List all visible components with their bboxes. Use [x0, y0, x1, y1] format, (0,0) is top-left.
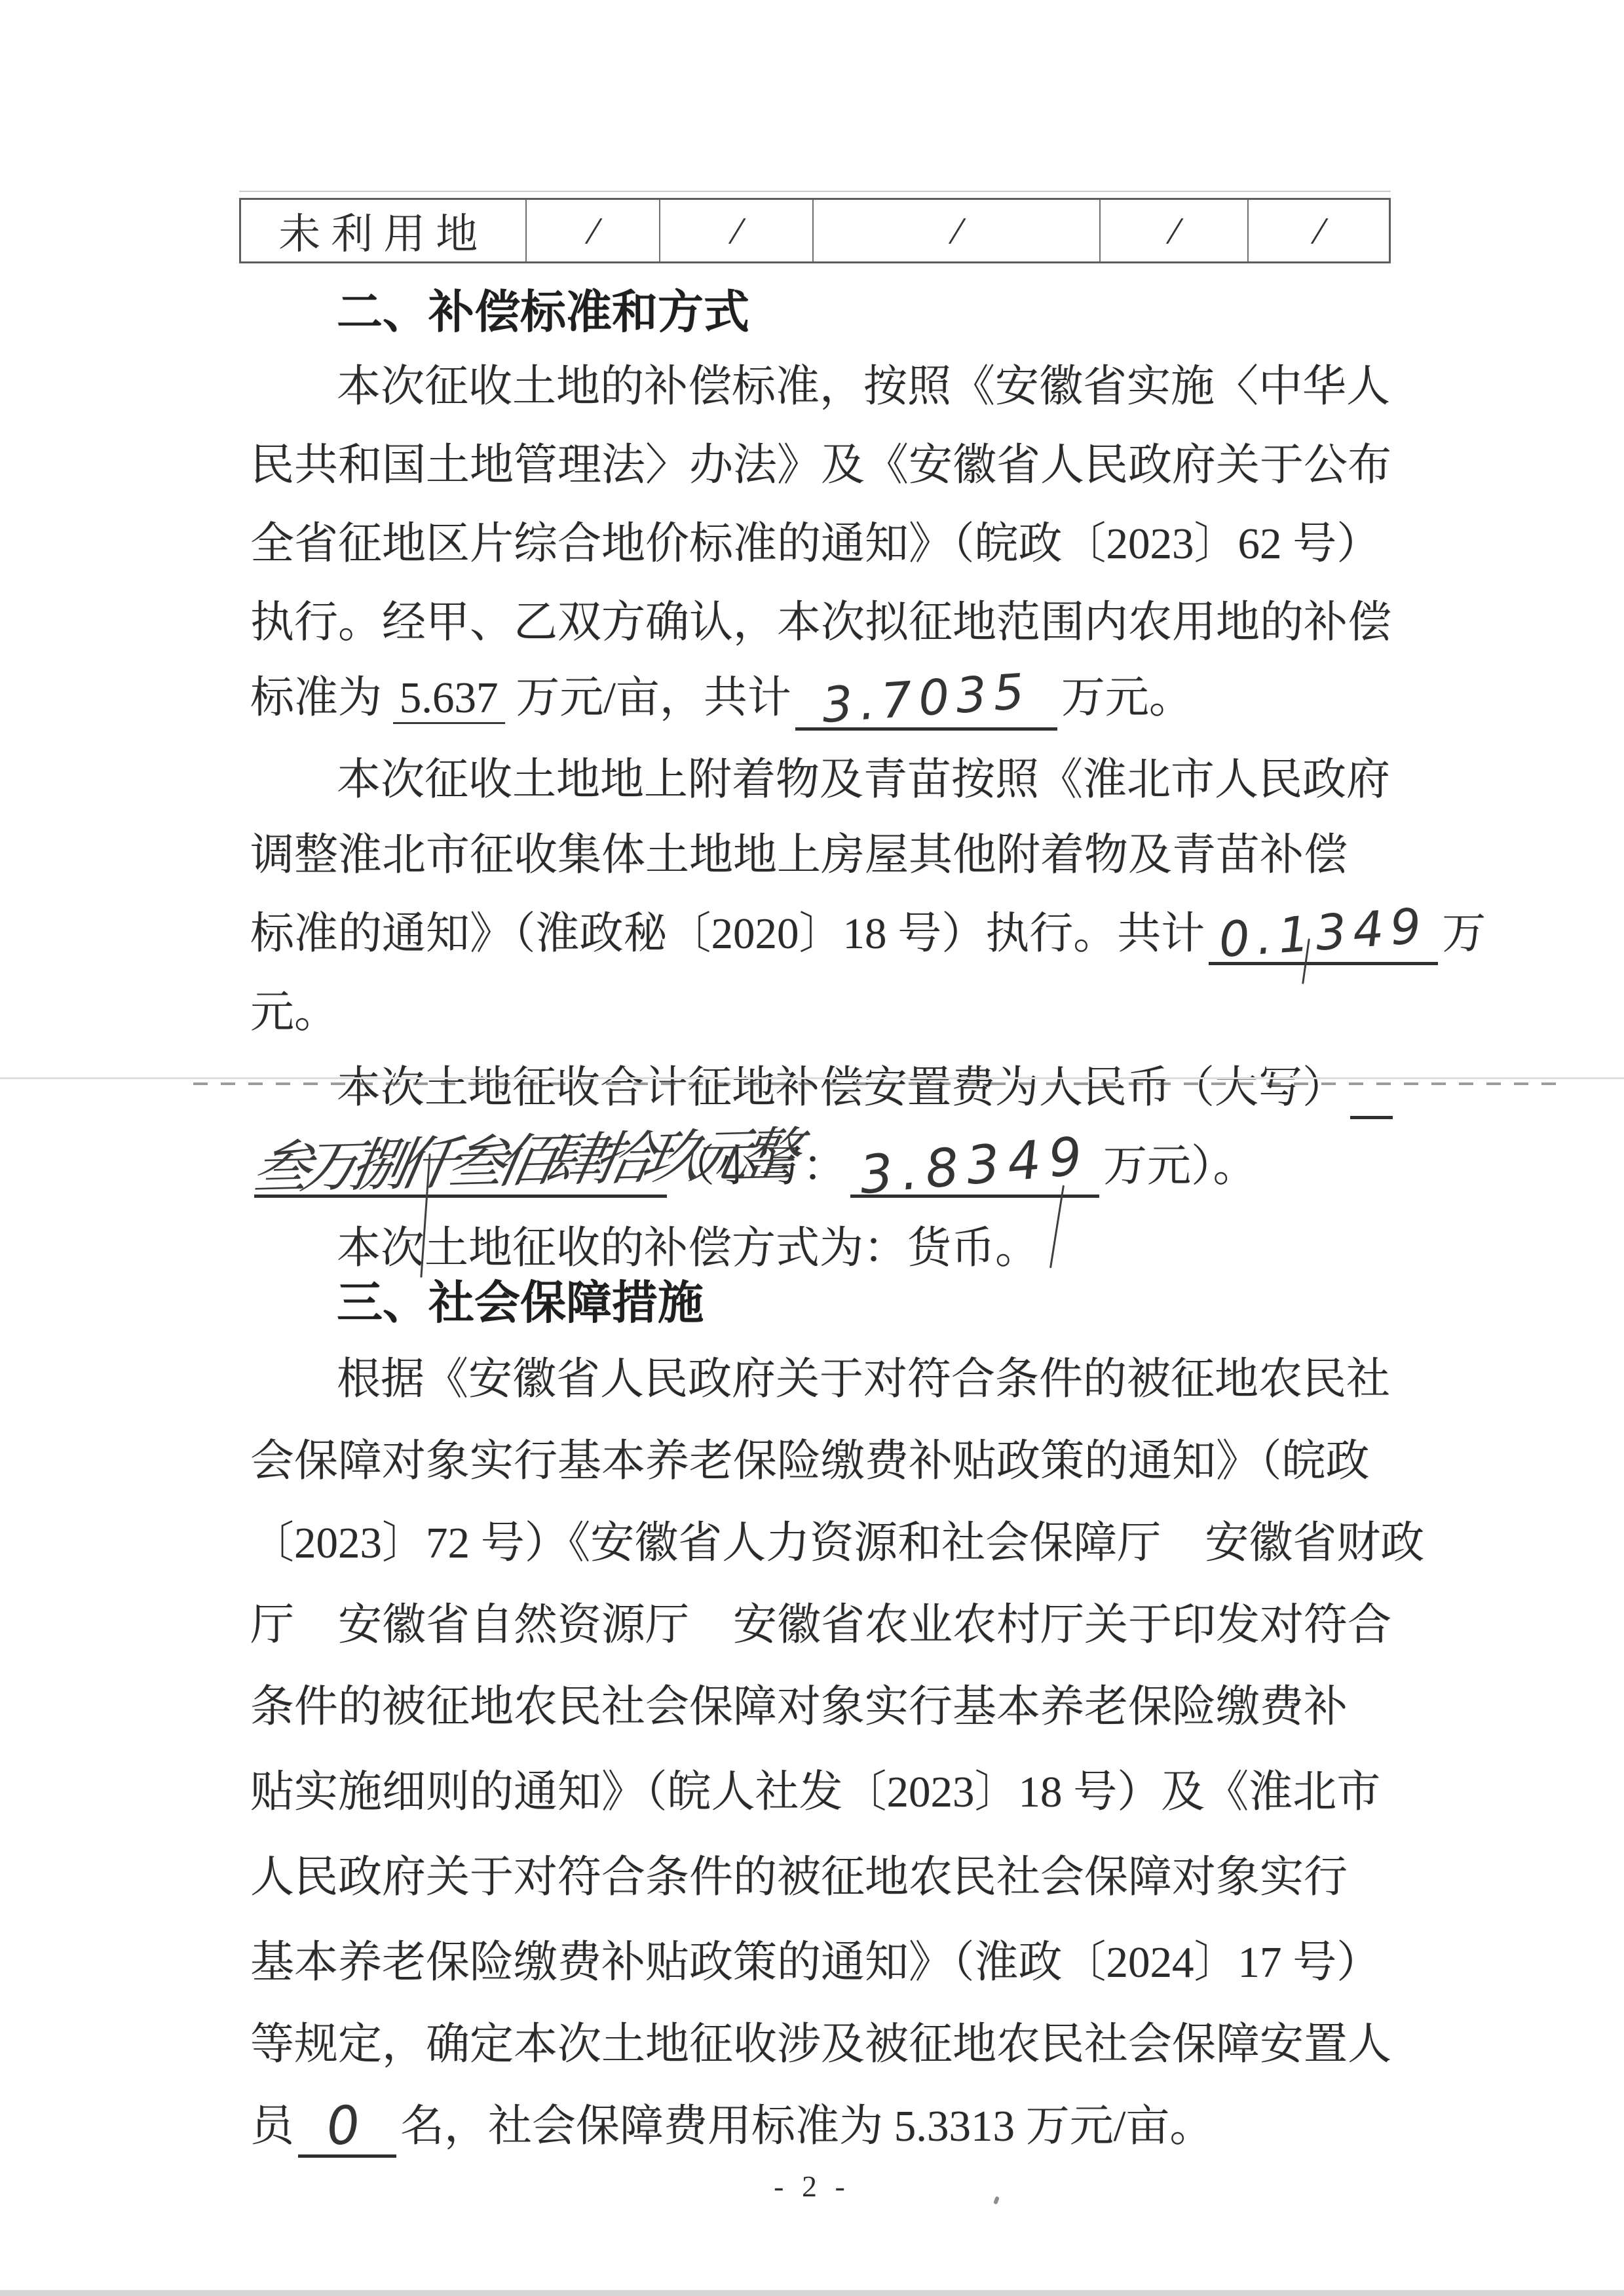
slash-mark: /	[729, 208, 743, 254]
table-cell-value: /	[1247, 200, 1388, 261]
text-run: 执行。经甲、乙双方确认，本次拟征地范围内农用地的补偿	[250, 598, 1391, 647]
text-run: 根据《安徽省人民政府关于对符合条件的被征地农民社	[337, 1355, 1390, 1404]
handwritten-value: 3.8349	[848, 1124, 1102, 1208]
page-number: - 2 -	[0, 2169, 1624, 2204]
doc-line: 元。	[250, 981, 338, 1044]
page-bottom-scan-edge	[0, 2290, 1624, 2296]
text-run: 民共和国土地管理法〉办法》及《安徽省人民政府关于公布	[250, 441, 1391, 489]
doc-line: 执行。经甲、乙双方确认，本次拟征地范围内农用地的补偿	[250, 591, 1391, 654]
text-run: 等规定，确定本次土地征收涉及被征地农民社会保障安置人	[250, 2020, 1391, 2069]
text-run: 万	[1442, 909, 1486, 958]
text-run: 名，社会保障费用标准为 5.3313 万元/亩。	[400, 2102, 1213, 2151]
table-top-scan-shadow	[239, 191, 1391, 192]
text-run: 万元。	[1061, 674, 1193, 722]
handwritten-value: 3.7035	[793, 658, 1059, 739]
doc-line: 标准的通知》（淮政秘〔2020〕18 号）执行。共计0.1349万	[250, 902, 1486, 965]
text-run: 人民政府关于对符合条件的被征地农民社会保障对象实行	[250, 1853, 1348, 1902]
doc-line: 本次土地征收的补偿方式为：货币。	[337, 1217, 1039, 1280]
doc-line: 叁万捌仟叁佰肆拾玖元整（小写：3.8349万元）。	[250, 1135, 1257, 1198]
handwritten-value: 叁万捌仟叁佰肆拾玖元整	[247, 1128, 673, 1201]
table-cell-land-type: 未利用地	[241, 200, 525, 261]
table-cell-value: /	[659, 200, 813, 261]
text-run: 调整淮北市征收集体土地地上房屋其他附着物及青苗补偿	[250, 831, 1348, 879]
handwritten-value: 0.1349	[1207, 894, 1440, 972]
doc-line: 本次征收土地地上附着物及青苗按照《淮北市人民政府	[337, 748, 1390, 811]
doc-line: 标准为 5.637 万元/亩，共计3.7035万元。	[250, 666, 1193, 729]
doc-line: 全省征地区片综合地价标准的通知》（皖政〔2023〕62 号）	[250, 512, 1380, 575]
section-heading: 二、补偿标准和方式	[337, 282, 749, 345]
text-run: 标准为	[250, 674, 393, 722]
doc-line: 本次征收土地的补偿标准，按照《安徽省实施〈中华人	[337, 355, 1390, 418]
slash-mark: /	[1167, 208, 1181, 254]
doc-line: 〔2023〕72 号）《安徽省人力资源和社会保障厅 安徽省财政	[250, 1512, 1424, 1575]
text-run: 员	[250, 2102, 294, 2151]
doc-line: 贴实施细则的通知》（皖人社发〔2023〕18 号）及《淮北市	[250, 1761, 1380, 1824]
text-run: 本次土地征收合计征地补偿安置费为人民币（大写）	[337, 1063, 1346, 1112]
doc-line: 会保障对象实行基本养老保险缴费补贴政策的通知》（皖政	[250, 1430, 1370, 1493]
underlined-printed-value: 5.637	[393, 674, 505, 724]
section-heading: 三、社会保障措施	[337, 1272, 704, 1335]
text-run: 基本养老保险缴费补贴政策的通知》（淮政〔2024〕17 号）	[250, 1938, 1380, 1987]
text-run: 三、社会保障措施	[337, 1278, 704, 1329]
table-cell-value: /	[525, 200, 658, 261]
scan-artifact-dashed-line	[193, 1082, 1569, 1085]
text-run: 全省征地区片综合地价标准的通知》（皖政〔2023〕62 号）	[250, 520, 1380, 568]
text-run: 元。	[250, 988, 338, 1037]
scan-artifact-band	[0, 1077, 1624, 1079]
text-run: 条件的被征地农民社会保障对象实行基本养老保险缴费补	[250, 1683, 1348, 1731]
text-run: 二、补偿标准和方式	[337, 288, 749, 338]
fill-in-blank	[1350, 1058, 1393, 1119]
slash-mark: /	[950, 208, 964, 254]
fill-in-blank: 叁万捌仟叁佰肆拾玖元整	[254, 1137, 667, 1198]
table-cell-value: /	[812, 200, 1099, 261]
doc-line: 基本养老保险缴费补贴政策的通知》（淮政〔2024〕17 号）	[250, 1931, 1380, 1994]
fill-in-blank: 3.7035	[795, 670, 1057, 731]
slash-mark: /	[586, 208, 599, 254]
doc-line: 根据《安徽省人民政府关于对符合条件的被征地农民社	[337, 1348, 1390, 1411]
text-run: 本次土地征收的补偿方式为：货币。	[337, 1224, 1039, 1272]
land-type-label: 未利用地	[278, 201, 488, 261]
doc-line: 本次土地征收合计征地补偿安置费为人民币（大写）	[337, 1056, 1397, 1119]
doc-line: 条件的被征地农民社会保障对象实行基本养老保险缴费补	[250, 1675, 1348, 1738]
doc-line: 厅 安徽省自然资源厅 安徽省农业农村厅关于印发对符合	[250, 1594, 1391, 1656]
table-cell-value: /	[1099, 200, 1247, 261]
text-run: 本次征收土地地上附着物及青苗按照《淮北市人民政府	[337, 756, 1390, 804]
text-run: 万元/亩，共计	[505, 674, 791, 722]
text-run: 〔2023〕72 号）《安徽省人力资源和社会保障厅 安徽省财政	[250, 1519, 1424, 1567]
handwritten-value: 0	[295, 2090, 399, 2162]
doc-line: 人民政府关于对符合条件的被征地农民社会保障对象实行	[250, 1846, 1348, 1909]
text-run: 标准的通知》（淮政秘〔2020〕18 号）执行。共计	[250, 909, 1205, 958]
land-category-table-row: 未利用地/////	[239, 198, 1391, 263]
doc-line: 员0名，社会保障费用标准为 5.3313 万元/亩。	[250, 2095, 1213, 2158]
slash-mark: /	[1312, 208, 1325, 254]
scanned-document-page: 未利用地///// 二、补偿标准和方式本次征收土地的补偿标准，按照《安徽省实施〈…	[0, 0, 1624, 2296]
doc-line: 民共和国土地管理法〉办法》及《安徽省人民政府关于公布	[250, 434, 1391, 497]
text-run: 厅 安徽省自然资源厅 安徽省农业农村厅关于印发对符合	[250, 1601, 1391, 1649]
text-run: 本次征收土地的补偿标准，按照《安徽省实施〈中华人	[337, 362, 1390, 411]
doc-line: 等规定，确定本次土地征收涉及被征地农民社会保障安置人	[250, 2013, 1391, 2076]
text-run: 贴实施细则的通知》（皖人社发〔2023〕18 号）及《淮北市	[250, 1768, 1380, 1816]
text-run: 万元）。	[1103, 1142, 1257, 1191]
fill-in-blank: 0	[298, 2097, 396, 2158]
text-run: 会保障对象实行基本养老保险缴费补贴政策的通知》（皖政	[250, 1437, 1370, 1485]
doc-line: 调整淮北市征收集体土地地上房屋其他附着物及青苗补偿	[250, 824, 1348, 887]
fill-in-blank: 0.1349	[1209, 904, 1438, 965]
